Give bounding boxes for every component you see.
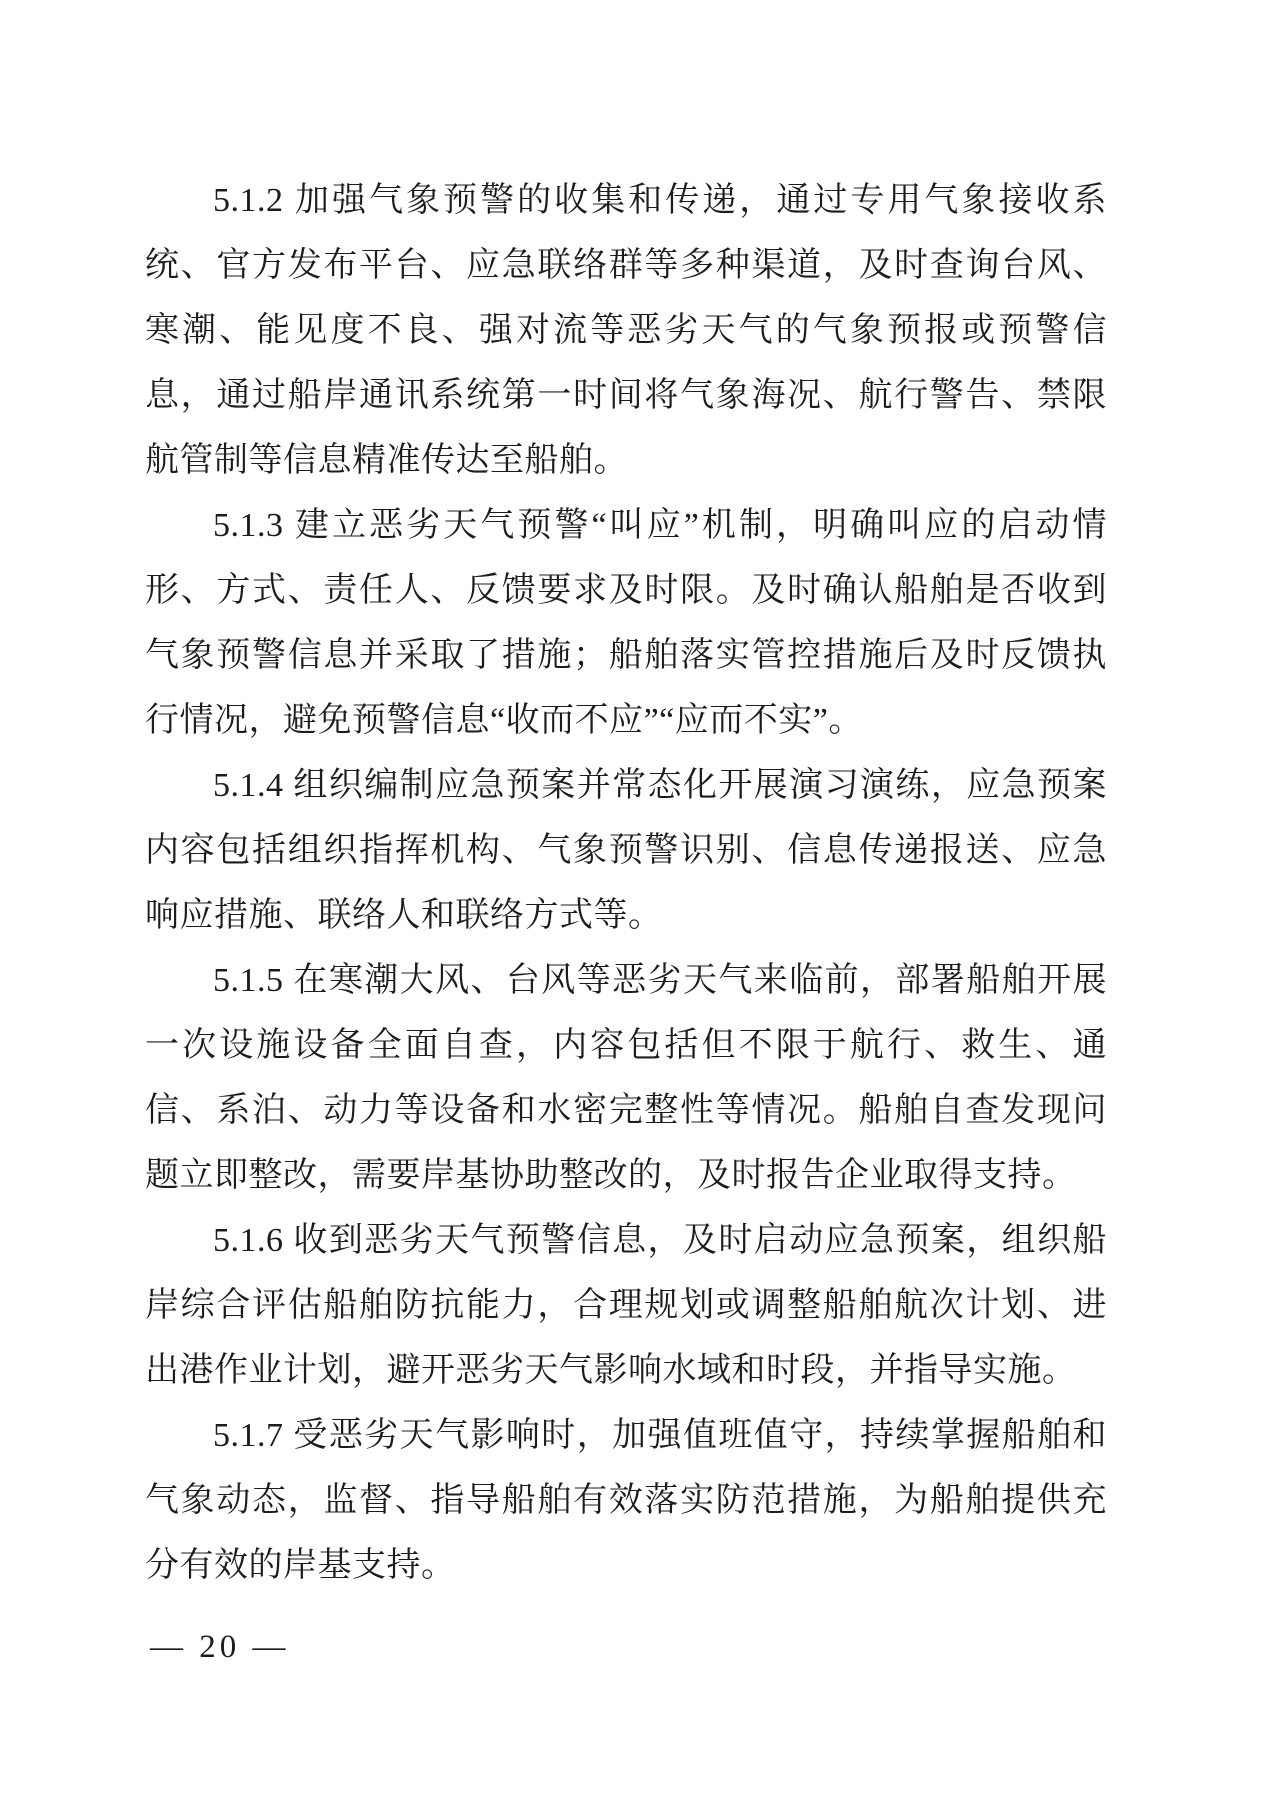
paragraph-5-1-6: 5.1.6 收到恶劣天气预警信息，及时启动应急预案，组织船岸综合评估船舶防抗能力…	[145, 1208, 1107, 1403]
paragraph-5-1-3: 5.1.3 建立恶劣天气预警“叫应”机制，明确叫应的启动情形、方式、责任人、反馈…	[145, 493, 1107, 753]
paragraph-5-1-7: 5.1.7 受恶劣天气影响时，加强值班值守，持续掌握船舶和气象动态，监督、指导船…	[145, 1403, 1107, 1598]
page-footer: — 20 —	[150, 1622, 290, 1672]
page-number: — 20 —	[150, 1629, 290, 1665]
paragraph-5-1-4: 5.1.4 组织编制应急预案并常态化开展演习演练，应急预案内容包括组织指挥机构、…	[145, 753, 1107, 948]
document-page: 5.1.2 加强气象预警的收集和传递，通过专用气象接收系统、官方发布平台、应急联…	[0, 0, 1280, 1810]
paragraph-5-1-2: 5.1.2 加强气象预警的收集和传递，通过专用气象接收系统、官方发布平台、应急联…	[145, 168, 1107, 493]
document-body: 5.1.2 加强气象预警的收集和传递，通过专用气象接收系统、官方发布平台、应急联…	[145, 168, 1107, 1598]
paragraph-5-1-5: 5.1.5 在寒潮大风、台风等恶劣天气来临前，部署船舶开展一次设施设备全面自查，…	[145, 948, 1107, 1208]
